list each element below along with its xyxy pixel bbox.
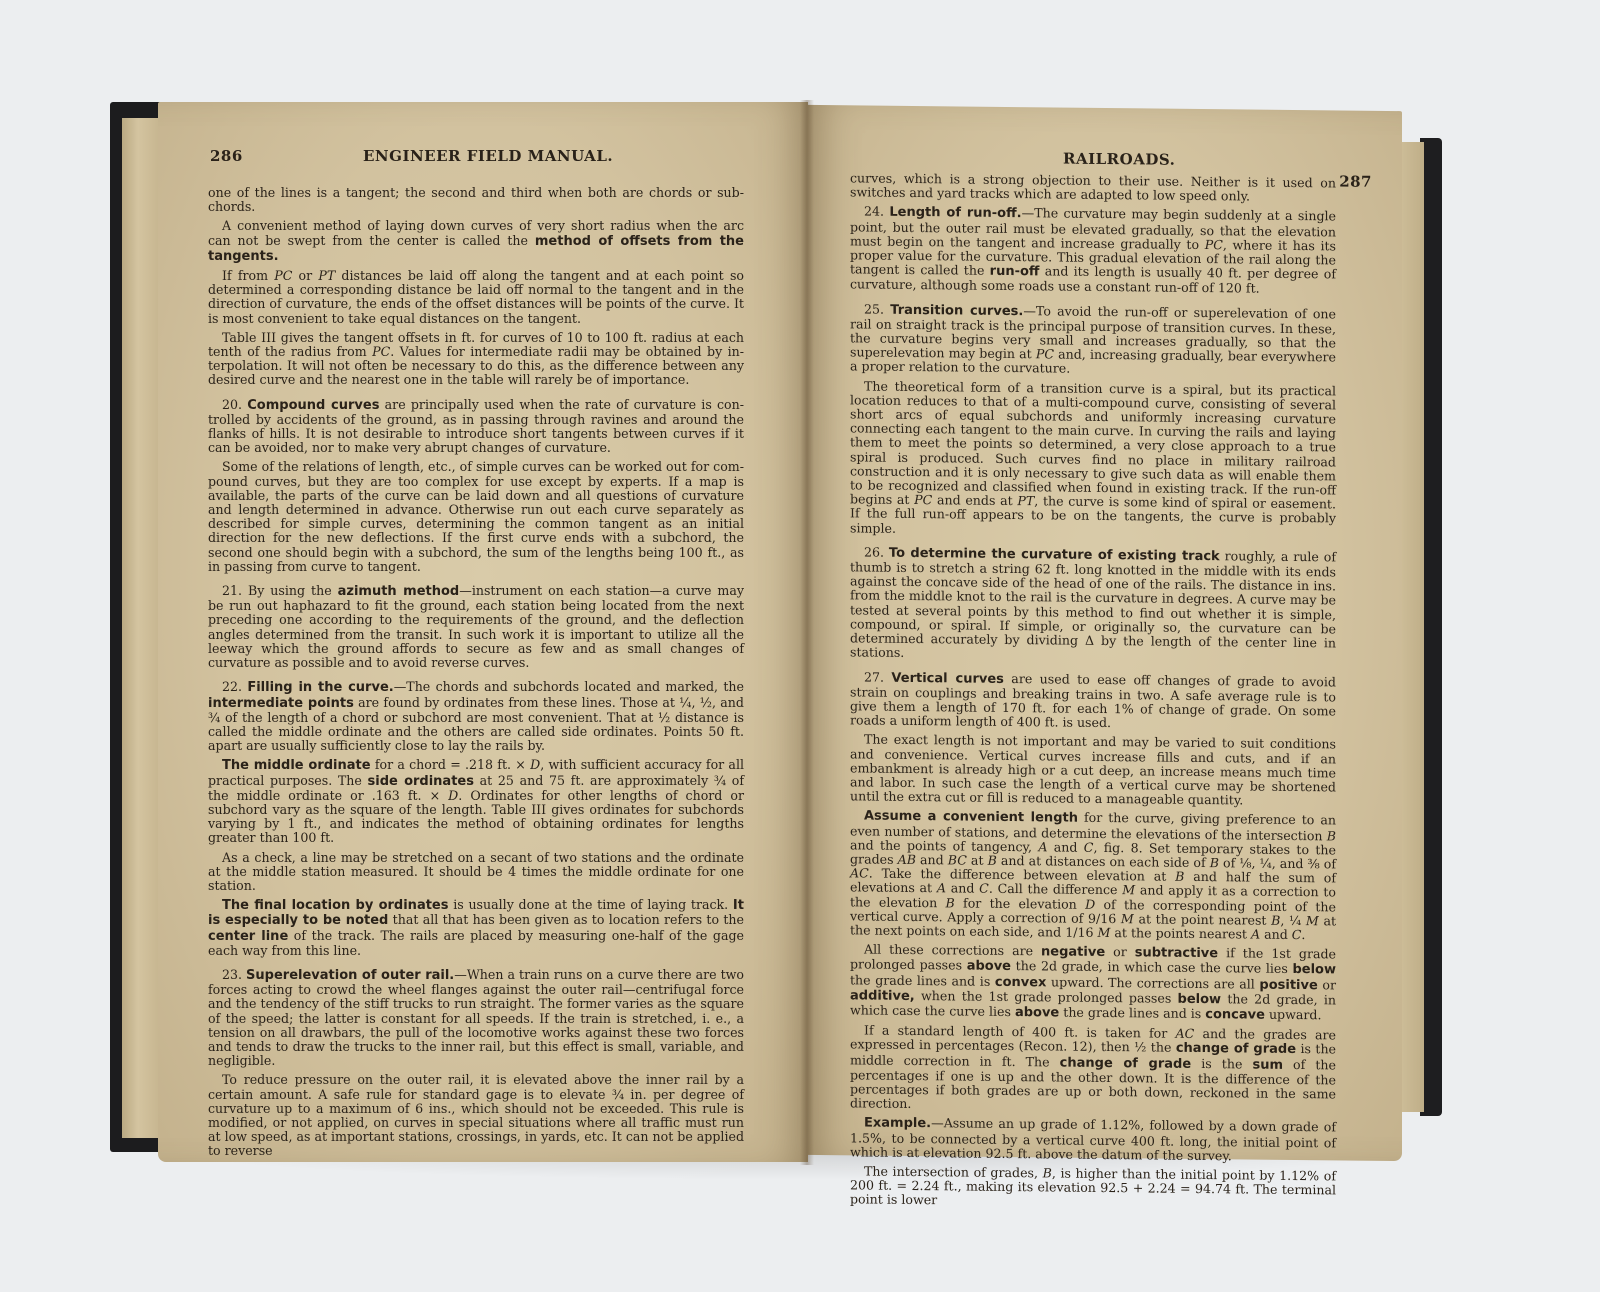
text-run: and [1260,927,1292,942]
paragraph: Table III gives the tangent offsets in f… [208,331,744,388]
text-run: If from [222,268,274,283]
paragraph: All these corrections are negative or su… [850,942,1336,1023]
bold-term: side ordinates [368,774,474,789]
page-body: curves, which is a strong objection to t… [850,171,1336,1217]
paragraph: As a check, a line may be stretched on a… [208,851,744,894]
italic-term: PC [274,268,292,283]
italic-term: D [530,757,540,772]
text-run: the grade lines and is [850,972,995,989]
text-run: . [1301,927,1305,942]
text-run: the grade lines and is [1059,1004,1205,1021]
italic-term: BC [948,852,967,867]
text-run: 21. By using the [222,583,338,598]
italic-term: B [988,853,997,868]
paragraph: The middle ordinate for a chord = .218 f… [208,758,744,845]
italic-term: D [1085,896,1095,911]
text-run: 27. [864,669,891,684]
italic-term: PC [1036,347,1054,362]
text-run: The theoretical form of a transition cur… [850,378,1336,507]
text-run: , ¼ [1280,913,1306,928]
right-page: RAILROADS. 287 curves, which is a strong… [808,105,1402,1161]
paragraph: 24. Length of run-off.—The curvature may… [850,205,1336,297]
text-run: 22. [222,679,247,694]
italic-term: PC [914,492,932,507]
paragraph: The exact length is not important and ma… [850,733,1336,809]
italic-term: A [1251,926,1260,941]
text-run: To reduce pressure on the outer rail, it… [208,1072,744,1158]
text-run: is usually done at the time of laying tr… [448,897,732,912]
paragraph: The final location by ordinates is usual… [208,898,744,958]
paragraph: Some of the relations of length, etc., o… [208,460,744,574]
page-body: one of the lines is a tangent; the secon… [208,186,744,1164]
running-head: ENGINEER FIELD MANUAL. [363,147,613,165]
text-run: is the [1191,1055,1252,1071]
bold-term: The middle ordinate [222,758,371,773]
paragraph: 25. Transition curves.—To avoid the run-… [850,302,1336,379]
italic-term: M [1121,911,1134,926]
paragraph: Example.—Assume an up grade of 1.12%, fo… [850,1116,1336,1165]
text-run: or [292,268,318,283]
paragraph: 20. Compound curves are principally used… [208,398,744,456]
bold-term: below [1292,962,1336,977]
bold-term: concave [1205,1007,1265,1023]
paragraph: The theoretical form of a transition cur… [850,379,1336,540]
paragraph: 26. To determine the curvature of existi… [850,545,1336,665]
text-run: and [946,881,979,896]
paragraph: To reduce pressure on the outer rail, it… [208,1073,744,1158]
italic-term: B [946,895,955,910]
bold-term: Superelevation of outer rail. [246,968,454,983]
bold-term: Filling in the curve. [247,680,393,695]
italic-term: C [979,881,989,896]
text-run: 24. [864,204,889,219]
bold-term: below [1178,992,1222,1007]
bold-term: azimuth method [338,584,460,599]
italic-term: B [1327,828,1336,843]
text-run: 23. [222,967,246,982]
italic-term: PT [1017,493,1034,508]
paragraph: 21. By using the azimuth method—instrume… [208,584,744,670]
text-run: The exact length is not important and ma… [850,732,1336,808]
text-run: Some of the relations of length, etc., o… [208,459,744,573]
italic-term: C [1292,927,1302,942]
page-edges-left [122,118,162,1138]
paragraph: Assume a convenient length for the curve… [850,809,1336,943]
text-run: at [967,852,988,867]
text-run: As a check, a line may be stretched on a… [208,850,744,893]
paragraph: The intersection of grades, B, is higher… [850,1164,1336,1212]
paragraph: 23. Superelevation of outer rail.—When a… [208,968,744,1068]
text-run: upward. [1265,1007,1322,1023]
text-run: curves, which is a strong objection to t… [850,170,1336,203]
bold-term: convex [995,974,1047,990]
paragraph: 27. Vertical curves are used to ease off… [850,670,1336,733]
paragraph: curves, which is a strong objection to t… [850,171,1336,204]
italic-term: M [1306,913,1319,928]
paragraph: A convenient method of laying down curve… [208,219,744,264]
italic-term: PC [1205,237,1223,252]
italic-term: AB [898,852,916,867]
italic-term: M [1097,925,1110,940]
text-run: for a chord = .218 ft. × [371,757,531,772]
italic-term: PT [318,268,335,283]
italic-term: D [448,788,458,803]
text-run: roughly, a rule of thumb is to stretch a… [850,548,1336,660]
page-number: 286 [210,147,243,165]
page-number: 287 [1339,172,1372,190]
italic-term: C [1084,840,1094,855]
text-run: —When a train runs on a curve there are … [208,967,744,1068]
bold-term: run-off [990,264,1040,280]
book-gutter [800,100,814,1165]
italic-term: M [1122,883,1135,898]
bold-term: intermediate points [208,696,354,711]
italic-term: A [937,881,946,896]
page-edges-right [1400,142,1424,1112]
italic-term: B [1043,1165,1052,1180]
text-run: 20. [222,397,247,412]
bold-term: sum [1252,1057,1283,1072]
bold-term: center line [208,929,288,944]
text-run: 26. [864,544,889,559]
text-run: one of the lines is a tangent; the secon… [208,185,744,214]
text-run: that all that has been given as to locat… [388,912,744,927]
left-page: 286 ENGINEER FIELD MANUAL. one of the li… [158,102,808,1162]
text-run: or [1318,977,1336,992]
bold-term: above [1015,1005,1059,1020]
italic-term: PC [372,344,390,359]
text-run: of the track. The rails are placed by me… [208,928,744,958]
italic-term: B [1210,855,1219,870]
text-run: All these corrections are [864,942,1041,959]
paragraph: If from PC or PT distances be laid off a… [208,269,744,326]
text-run: 25. [864,301,890,316]
text-run: and [1047,839,1083,854]
bold-term: positive [1259,977,1317,993]
text-run: and [916,852,948,867]
bold-term: The final location by ordinates [222,898,448,913]
bold-term: above [967,959,1011,974]
text-run: or [1105,944,1135,959]
italic-term: AC [1176,1026,1195,1041]
text-run: —The chords and subchords located and ma… [394,679,744,694]
italic-term: AC [850,865,869,880]
running-head: RAILROADS. [1063,150,1175,169]
text-run: at the points nearest [1110,925,1251,941]
bold-term: Compound curves [247,398,379,413]
paragraph: 22. Filling in the curve.—The chords and… [208,680,744,753]
paragraph: one of the lines is a tangent; the secon… [208,186,744,214]
paragraph: If a standard length of 400 ft. is taken… [850,1024,1336,1116]
italic-term: B [1271,912,1280,927]
